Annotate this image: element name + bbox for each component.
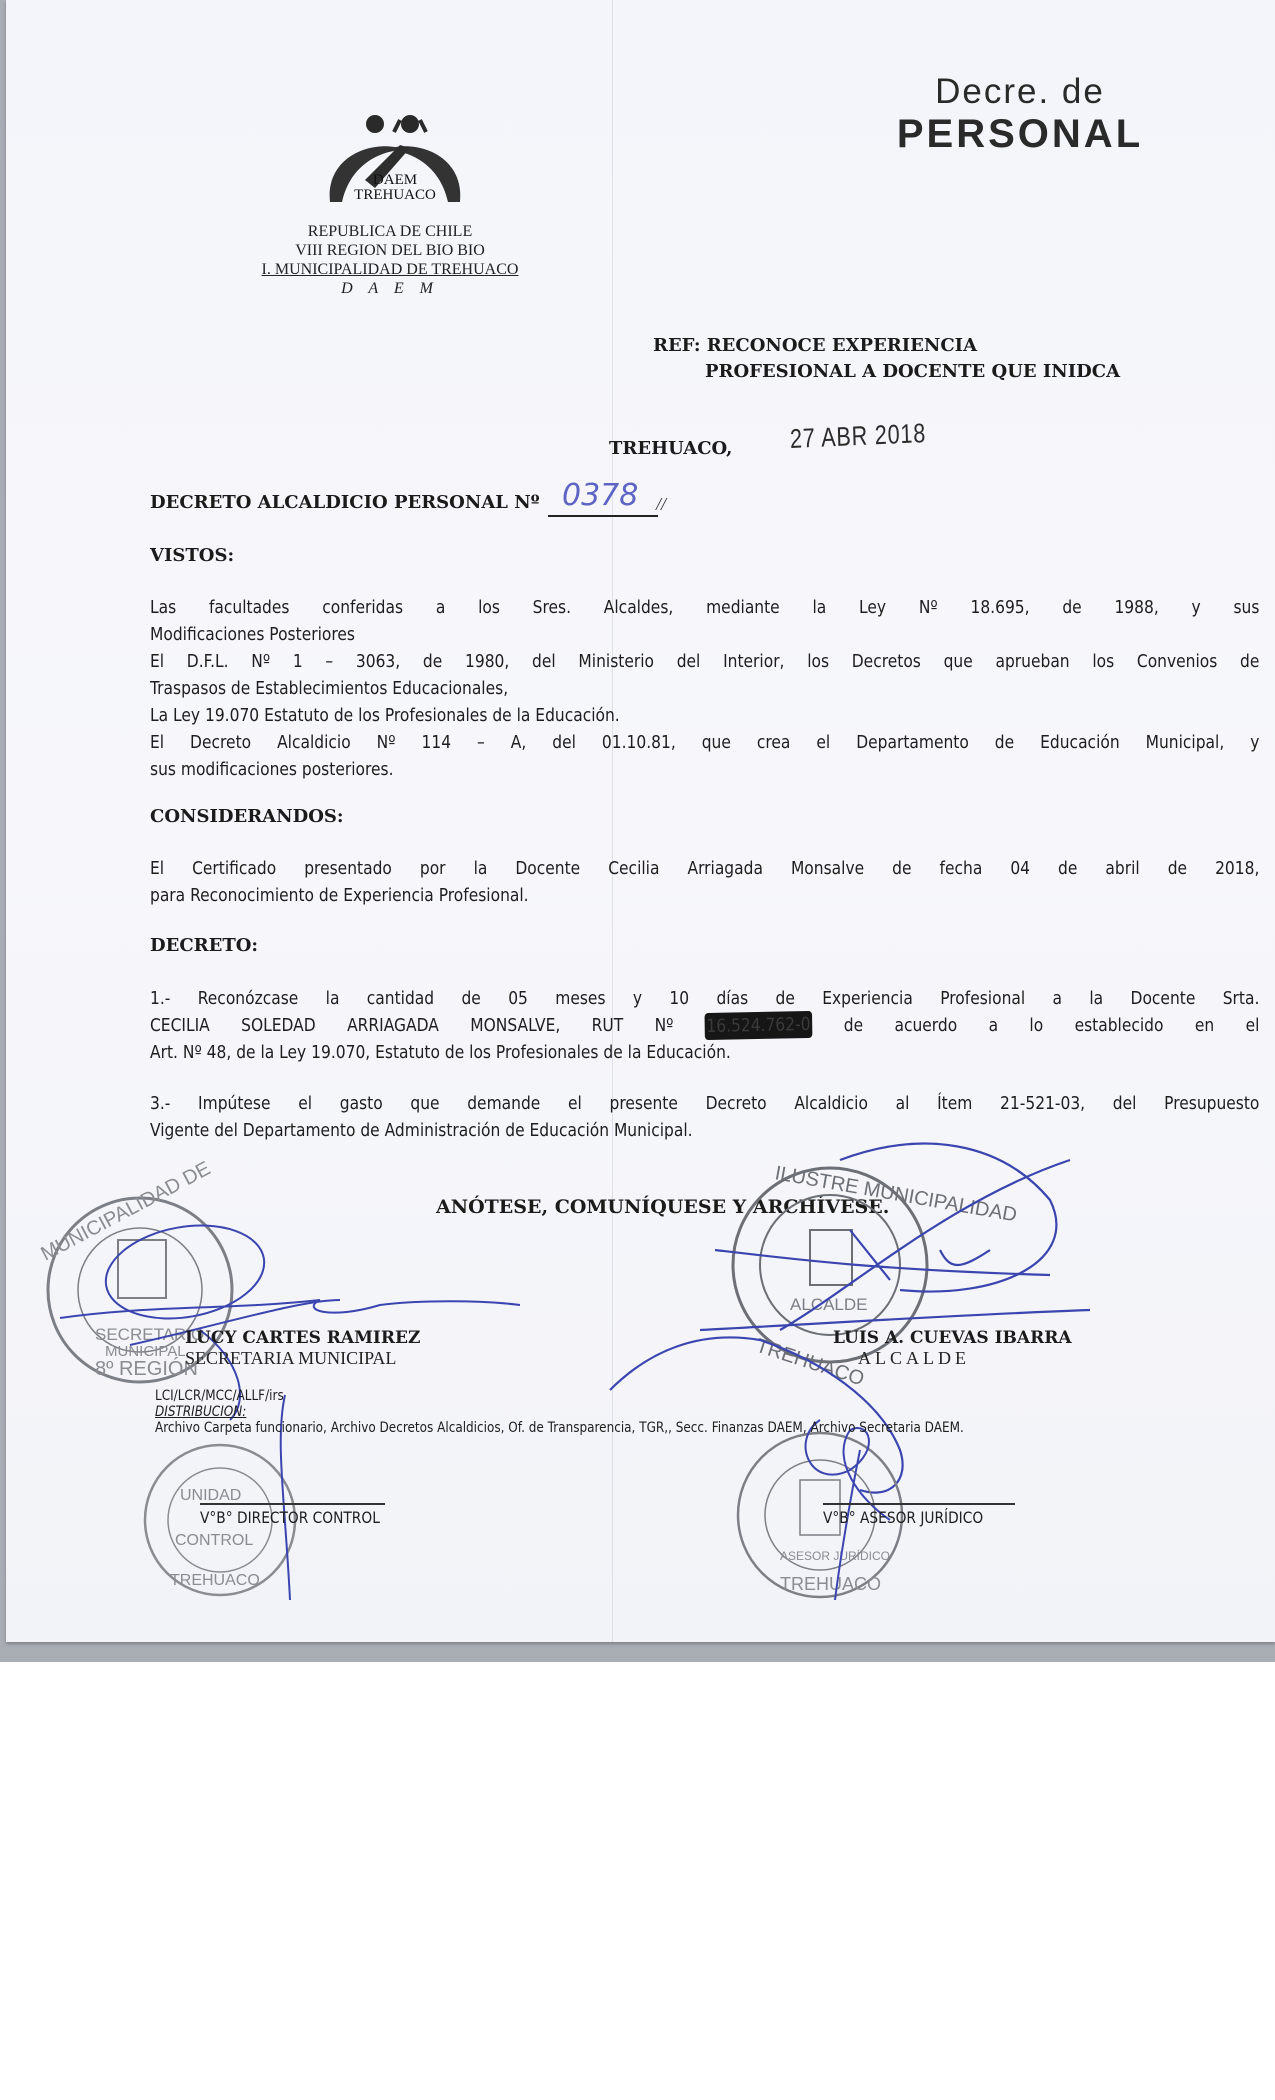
decree-number-underline — [548, 515, 658, 517]
drafter-initials: LCI/LCR/MCC/ALLF/irs — [155, 1388, 964, 1404]
considerandos-line-2: para Reconocimiento de Experiencia Profe… — [150, 882, 1259, 909]
decreto-item-1-line-1: 1.- Reconózcase la cantidad de 05 meses … — [150, 985, 1259, 1012]
mayor-signature-block: LUIS A. CUEVAS IBARRA ALCALDE — [833, 1328, 1072, 1369]
vistos-body: Las facultades conferidas a los Sres. Al… — [150, 594, 1260, 783]
vistos-paragraph: El D.F.L. Nº 1 – 3063, de 1980, del Mini… — [150, 648, 1259, 675]
reference-line-2: PROFESIONAL A DOCENTE QUE INIDCA — [653, 359, 1120, 385]
decree-number-label: DECRETO ALCALDICIO PERSONAL Nº — [150, 492, 540, 513]
institution-header: REPUBLICA DE CHILE VIII REGION DEL BIO B… — [200, 222, 580, 298]
decreto-item-1-line-2-tail: de acuerdo a lo establecido en el — [812, 1015, 1259, 1036]
decreto-item-3-line-1: 3.- Impútese el gasto que demande el pre… — [150, 1090, 1259, 1117]
decree-number-suffix: // — [656, 494, 666, 515]
vistos-heading: VISTOS: — [150, 545, 234, 566]
secretary-name: LUCY CARTES RAMIREZ — [185, 1328, 420, 1348]
logo-caption: DAEM TREHUACO — [320, 173, 470, 203]
reference-block: REF: RECONOCE EXPERIENCIA PROFESIONAL A … — [653, 333, 1120, 385]
secretary-role: SECRETARIA MUNICIPAL — [185, 1348, 420, 1369]
vistos-paragraph: sus modificaciones posteriores. — [150, 756, 1259, 783]
decree-number-handwritten: 0378 — [562, 478, 638, 513]
vistos-paragraph: Modificaciones Posteriores — [150, 621, 1259, 648]
distribution-block: LCI/LCR/MCC/ALLF/irs DISTRIBUCION: Archi… — [155, 1388, 1095, 1436]
decreto-item-3-line-2: Vigente del Departamento de Administraci… — [150, 1117, 1259, 1144]
considerandos-line-1: El Certificado presentado por la Docente… — [150, 855, 1259, 882]
distribution-title: DISTRIBUCION: — [155, 1404, 964, 1420]
date-stamp: 27 ABR 2018 — [790, 418, 927, 455]
considerandos-body: El Certificado presentado por la Docente… — [150, 855, 1260, 909]
distribution-list: Archivo Carpeta funcionario, Archivo Dec… — [155, 1420, 964, 1436]
vistos-paragraph: Las facultades conferidas a los Sres. Al… — [150, 594, 1259, 621]
legal-approval-label: V°B° ASESOR JURÍDICO — [823, 1508, 983, 1527]
decreto-item-1: 1.- Reconózcase la cantidad de 05 meses … — [150, 985, 1260, 1066]
vistos-paragraph: Traspasos de Establecimientos Educaciona… — [150, 675, 1259, 702]
mayor-role: ALCALDE — [833, 1348, 1072, 1369]
decreto-item-3: 3.- Impútese el gasto que demande el pre… — [150, 1090, 1260, 1144]
legal-approval-line — [823, 1503, 1015, 1505]
institution-country: REPUBLICA DE CHILE — [200, 222, 580, 241]
institution-region: VIII REGION DEL BIO BIO — [200, 241, 580, 260]
stamp-line-1: Decre. de — [880, 72, 1160, 112]
reference-line-1: REF: RECONOCE EXPERIENCIA — [653, 333, 1120, 359]
control-approval-label: V°B° DIRECTOR CONTROL — [200, 1508, 380, 1527]
institution-municipality: I. MUNICIPALIDAD DE TREHUACO — [200, 260, 580, 279]
beneficiary-name: CECILIA SOLEDAD ARRIAGADA MONSALVE, RUT … — [150, 1015, 705, 1036]
stamp-line-2: PERSONAL — [880, 112, 1160, 156]
secretary-signature-block: LUCY CARTES RAMIREZ SECRETARIA MUNICIPAL — [185, 1328, 420, 1369]
decreto-item-1-line-2: CECILIA SOLEDAD ARRIAGADA MONSALVE, RUT … — [150, 1012, 1259, 1039]
decree-type-stamp: Decre. de PERSONAL — [880, 72, 1160, 156]
decreto-heading: DECRETO: — [150, 935, 258, 956]
rut-redacted: 16.524.762-0 — [705, 1011, 813, 1040]
vistos-paragraph: El Decreto Alcaldicio Nº 114 – A, del 01… — [150, 729, 1259, 756]
logo-line-trehuaco: TREHUACO — [320, 188, 470, 203]
logo-line-daem: DAEM — [320, 173, 470, 188]
decreto-item-1-line-3: Art. Nº 48, de la Ley 19.070, Estatuto d… — [150, 1039, 1259, 1066]
closing-formula: ANÓTESE, COMUNÍQUESE Y ARCHÍVESE. — [436, 1196, 889, 1218]
control-approval-line — [200, 1503, 385, 1505]
place-label: TREHUACO, — [609, 438, 732, 459]
vistos-paragraph: La Ley 19.070 Estatuto de los Profesiona… — [150, 702, 1259, 729]
mayor-name: LUIS A. CUEVAS IBARRA — [833, 1328, 1072, 1348]
considerandos-heading: CONSIDERANDOS: — [150, 806, 344, 827]
institution-department: D A E M — [200, 279, 580, 298]
